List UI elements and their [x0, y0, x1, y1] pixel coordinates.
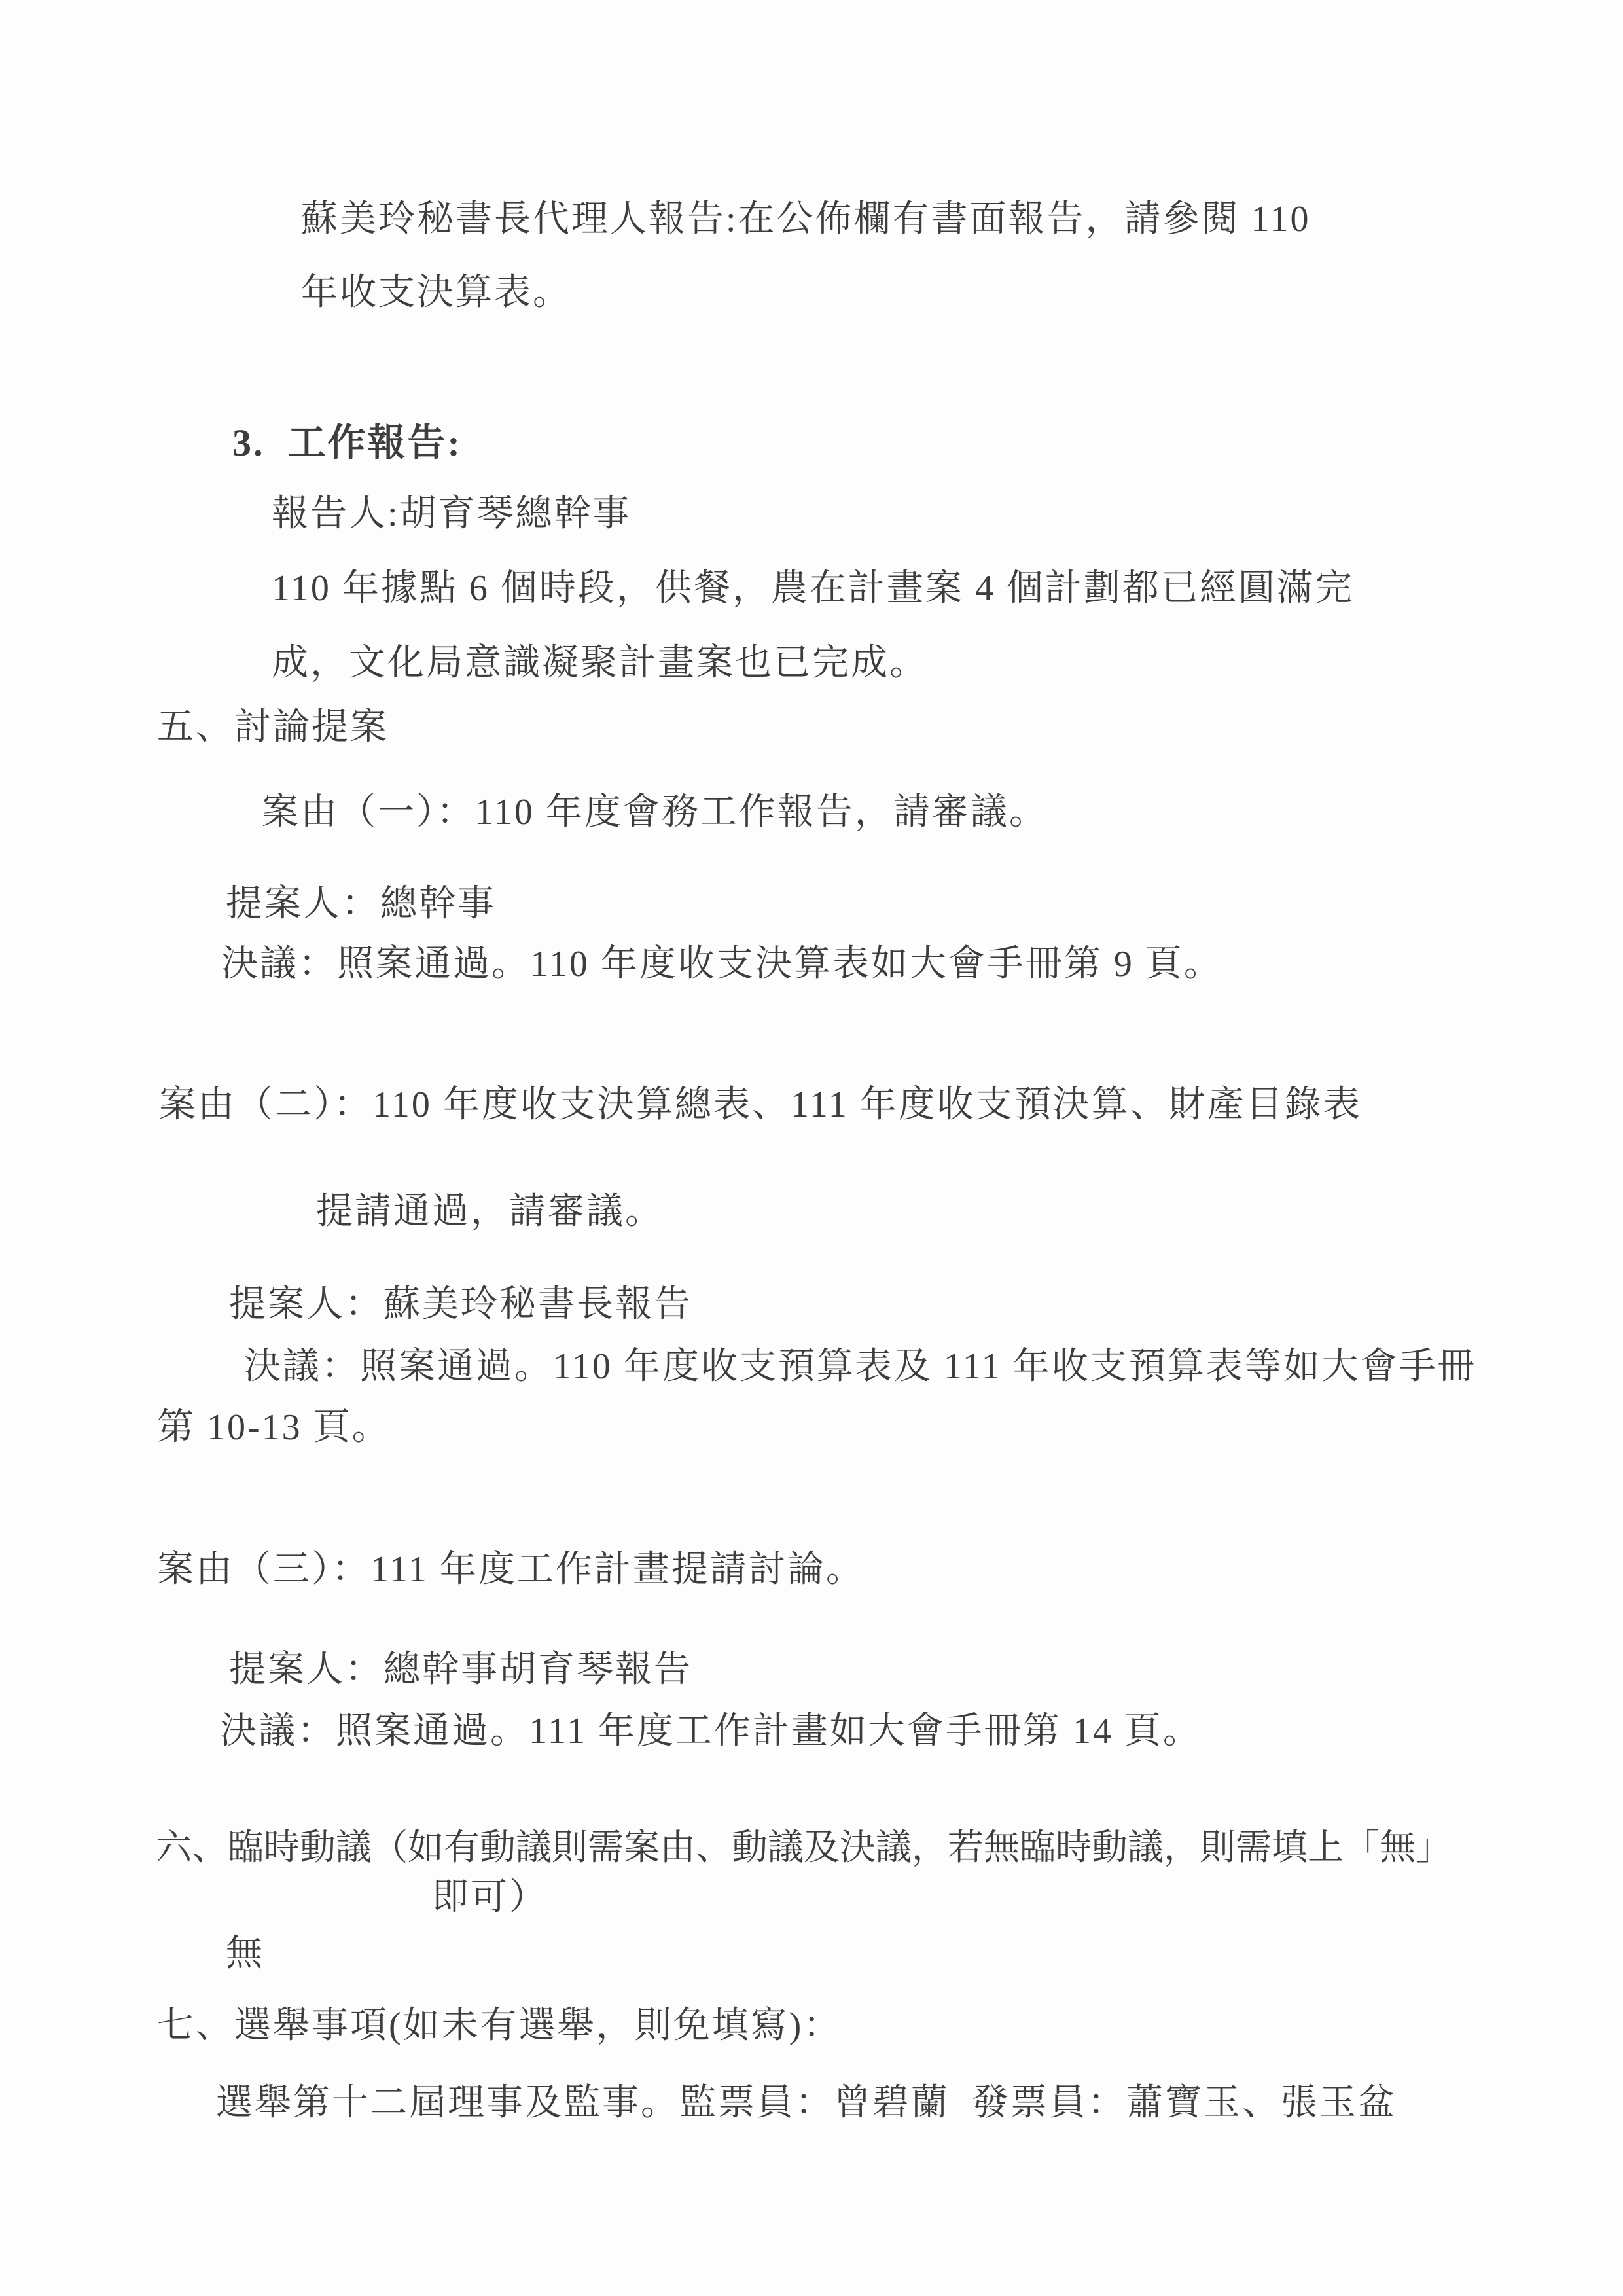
- secretary-report-line-2: 年收支決算表。: [301, 271, 571, 315]
- case-1-proposer: 提案人：總幹事: [226, 882, 496, 926]
- section-6-heading-line-2: 即可）: [432, 1876, 548, 1920]
- section-5-heading: 五、討論提案: [157, 706, 389, 749]
- case-3-proposer: 提案人：總幹事胡育琴報告: [229, 1648, 692, 1692]
- section-6-heading-line-1: 六、臨時動議（如有動議則需案由、動議及決議，若無臨時動議，則需填上「無」: [156, 1826, 1452, 1869]
- case-2-proposer: 提案人：蘇美玲秘書長報告: [229, 1283, 692, 1327]
- work-report-heading: 3. 工作報告:: [232, 420, 462, 466]
- section-7-heading: 七、選舉事項(如未有選舉，則免填寫)：: [157, 2004, 842, 2048]
- section-6-answer: 無: [226, 1932, 264, 1976]
- case-2-resolution-2: 第 10-13 頁。: [157, 1406, 391, 1450]
- case-1-subject: 案由（一）：110 年度會務工作報告，請審議。: [262, 791, 1048, 834]
- document-page: 蘇美玲秘書長代理人報告:在公佈欄有書面報告，請參閱 110 年收支決算表。 3.…: [0, 0, 1623, 2296]
- section-7-detail: 選舉第十二屆理事及監事。監票員：曾碧蘭 發票員：蕭寶玉、張玉盆: [216, 2081, 1397, 2125]
- work-report-reporter: 報告人:胡育琴總幹事: [272, 492, 632, 536]
- secretary-report-line-1: 蘇美玲秘書長代理人報告:在公佈欄有書面報告，請參閱 110: [301, 198, 1310, 242]
- case-2-subject-continued: 提請通過，請審議。: [316, 1190, 664, 1234]
- work-report-body-2: 成，文化局意識凝聚計畫案也已完成。: [272, 641, 928, 685]
- work-report-body-1: 110 年據點 6 個時段，供餐，農在計畫案 4 個計劃都已經圓滿完: [272, 567, 1354, 611]
- case-3-subject: 案由（三）：111 年度工作計畫提請討論。: [157, 1548, 865, 1592]
- case-2-subject: 案由（二）：110 年度收支決算總表、111 年度收支預決算、財產目錄表: [159, 1083, 1362, 1127]
- case-2-resolution-1: 決議：照案通過。110 年度收支預算表及 111 年收支預算表等如大會手冊: [244, 1345, 1476, 1389]
- case-3-resolution: 決議：照案通過。111 年度工作計畫如大會手冊第 14 頁。: [220, 1710, 1202, 1753]
- case-1-resolution: 決議：照案通過。110 年度收支決算表如大會手冊第 9 頁。: [221, 942, 1222, 986]
